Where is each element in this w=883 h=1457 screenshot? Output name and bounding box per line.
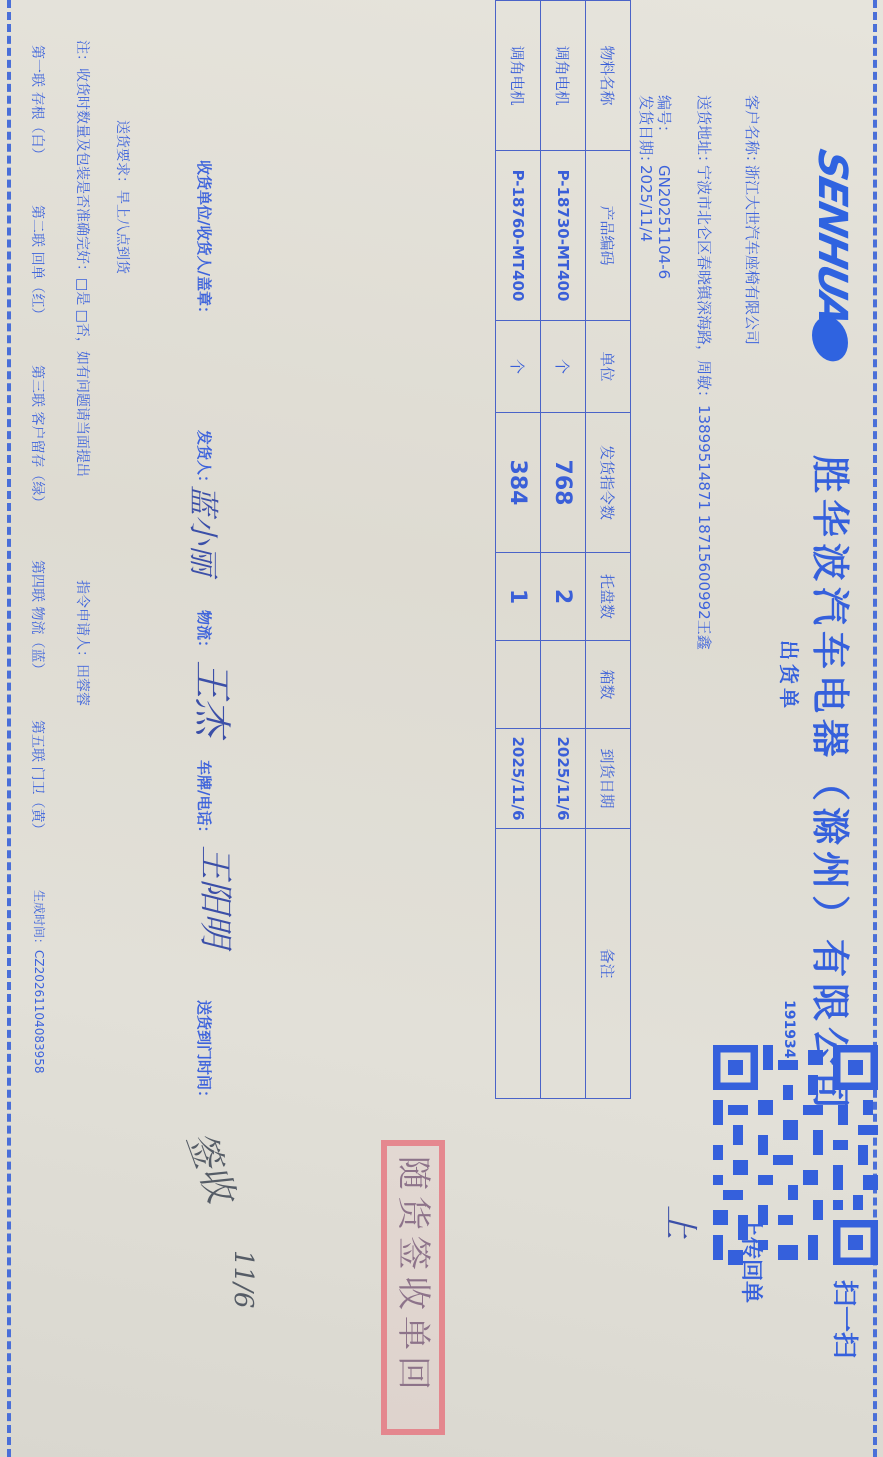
upload-receipt-label: 上传回单 (737, 1215, 768, 1303)
receiver-signature: 签收 (176, 1123, 249, 1208)
receipt-stamp: 随货签收单回 (381, 1140, 445, 1435)
generated-time: 生成时间：CZ20261104083958 (31, 890, 48, 1074)
plate-label: 车牌/电话： (194, 760, 215, 840)
logistics-signature: 王杰 (188, 660, 243, 736)
goods-table: 物料名称 产品编码 单位 发货指令数 托盘数 箱数 到货日期 备注 调角电机 P… (495, 0, 631, 1099)
shipper-label: 发货人： (194, 430, 215, 490)
address-field: 送货地址：宁波市北仑区春晓镇深海路，周敏：13899514871 1871560… (694, 95, 715, 650)
copy-2: 第二联 回单（红） (28, 205, 48, 321)
customer-field: 客户名称：浙江大世汽车座椅有限公司 (742, 95, 763, 345)
perforation-bottom (7, 0, 11, 1457)
table-row: 调角电机 P-18730-MT400 个 768 2 2025/11/6 (541, 1, 586, 1099)
table-header: 物料名称 产品编码 单位 发货指令数 托盘数 箱数 到货日期 备注 (586, 1, 631, 1099)
document-type: 出货单 (776, 640, 805, 712)
qr-code-icon (708, 1040, 883, 1270)
plate-signature: 王阳明 (194, 845, 243, 947)
copy-4: 第四联 物流（蓝） (28, 560, 48, 676)
ship-date-field: 发货日期：2025/11/4 (636, 95, 657, 242)
delivery-time-value: 11/6 (228, 1250, 258, 1308)
logistics-label: 物流： (194, 610, 215, 655)
delivery-time-label: 送货到门时间： (194, 1000, 215, 1105)
shipper-signature: 蓝小丽 (184, 485, 228, 575)
company-logo: SENHUA (805, 145, 855, 326)
scan-label: 扫一扫 (827, 1280, 861, 1358)
receiver-sign-label: 收货单位/收货人/盖章： (194, 160, 215, 321)
instruction-applicant: 指令申请人：田蓉蓉 (73, 580, 93, 706)
delivery-requirement: 送货要求：早上八点到货 (113, 120, 133, 274)
copy-1: 第一联 存根（白） (28, 45, 48, 161)
number-field: 编号：GN20251104-6 (654, 95, 675, 279)
table-row: 调角电机 P-18760-MT400 个 384 1 2025/11/6 (496, 1, 541, 1099)
inspection-note: 注：收货时数量及包装是否准确完好：□是 □否，如有问题请当面提出 (73, 40, 93, 477)
company-name: 胜华波汽车电器（滁州）有限公司 (806, 455, 861, 1115)
copy-5: 第五联 门卫（黄） (28, 720, 48, 836)
copy-3: 第三联 客户留存（绿） (28, 365, 48, 509)
handwritten-mark: 上 (659, 1205, 708, 1239)
delivery-note: SENHUA 胜华波汽车电器（滁州）有限公司 出货单 191934 客户名称：浙… (0, 0, 883, 1457)
